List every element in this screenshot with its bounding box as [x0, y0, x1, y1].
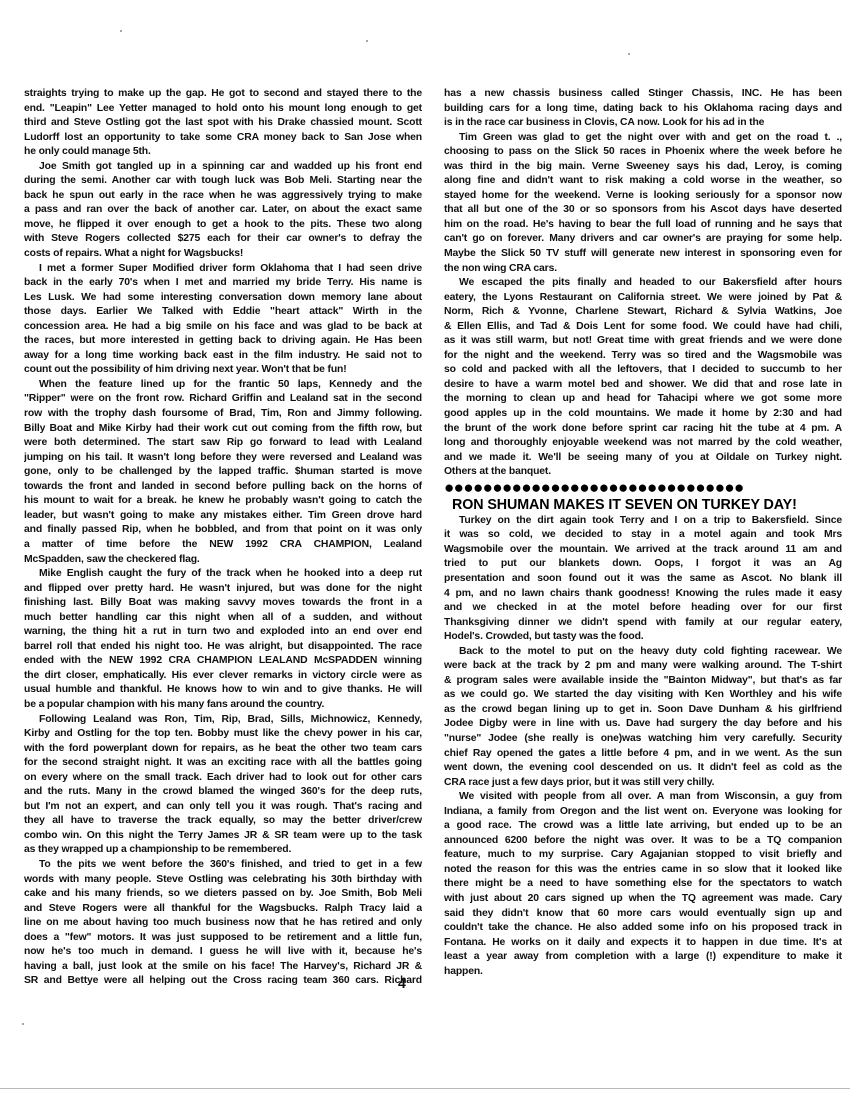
text-line: that all but one of the 30 or so sponsor…	[444, 203, 842, 218]
text-line: barrel roll that ended his night too. He…	[24, 640, 422, 655]
text-line: building cars for a long time, dating ba…	[444, 102, 842, 117]
text-line: warning, the thing hit a rut in turn two…	[24, 625, 422, 640]
text-line: costs of repairs. What a night for Wagsb…	[24, 247, 422, 262]
text-line: away for a long time working back east i…	[24, 349, 422, 364]
text-line: and flipped over pretty hard. He wasn't …	[24, 582, 422, 597]
text-line: Back to the motel to put on the heavy du…	[444, 645, 842, 660]
text-line: ended with the NEW 1992 CRA CHAMPION LEA…	[24, 654, 422, 669]
text-line: We escaped the pits finally and headed t…	[444, 276, 842, 291]
text-line: his mount to wait for a break. he knew h…	[24, 494, 422, 509]
text-line: Tim Green was glad to get the night over…	[444, 131, 842, 146]
text-line: towards the front and landed in second b…	[24, 480, 422, 495]
text-line: the brunt of the work done before sprint…	[444, 422, 842, 437]
text-line: with the ford powerplant down for repair…	[24, 742, 422, 757]
article-headline: RON SHUMAN MAKES IT SEVEN ON TURKEY DAY!	[444, 496, 842, 514]
text-line: as the crowd began lining up to get in. …	[444, 703, 842, 718]
right-column-article-body: Turkey on the dirt again took Terry and …	[444, 514, 842, 980]
text-line: they all have to traverse the track equa…	[24, 814, 422, 829]
text-line: good apples up in the cold mountains. We…	[444, 407, 842, 422]
text-line: concession area. He had a big smile on h…	[24, 320, 422, 335]
text-line: on every where on the small track. Each …	[24, 771, 422, 786]
text-line: as it was still warm, but not! Great tim…	[444, 334, 842, 349]
text-line: choosing to pass on the Slick 50 races i…	[444, 145, 842, 160]
text-line: and the ruts. Many in the crowd blamed t…	[24, 785, 422, 800]
text-line: Norm, Rich & Yvonne, Charlene Stewart, R…	[444, 305, 842, 320]
text-line: usual humble and thankful. He knows how …	[24, 683, 422, 698]
newsletter-page: straights trying to make up the gap. He …	[0, 0, 850, 1100]
scan-speck	[22, 1023, 24, 1025]
text-line: were back at the track by 2 pm and many …	[444, 659, 842, 674]
text-line: and we made it. We'll be seeing many of …	[444, 451, 842, 466]
text-line: move, he flipped it over enough to get a…	[24, 218, 422, 233]
text-line: Indiana, a family from Oregon and the li…	[444, 805, 842, 820]
text-line: announced 6200 before the night was over…	[444, 834, 842, 849]
text-line: "Ripper" were on the front row. Richard …	[24, 392, 422, 407]
text-line: feature, much to my surprise. Cary Agaja…	[444, 848, 842, 863]
text-line: row with the trophy dash foursome of Bra…	[24, 407, 422, 422]
text-line: SR and Bettye were all helping out the C…	[24, 974, 422, 989]
text-line: third and Steve Ostling got the last spo…	[24, 116, 422, 131]
text-line: count out the possibility of him driving…	[24, 363, 422, 378]
text-line: along fine and didn't want to risk makin…	[444, 174, 842, 189]
text-line: straights trying to make up the gap. He …	[24, 87, 422, 102]
text-line: Joe Smith got tangled up in a spinning c…	[24, 160, 422, 175]
text-line: Turkey on the dirt again took Terry and …	[444, 514, 842, 529]
text-line: words with many people. Steve Ostling wa…	[24, 873, 422, 888]
text-line: a matter of time before the NEW 1992 CRA…	[24, 538, 422, 553]
text-line: and finally passed Rip, when he bobbled,…	[24, 523, 422, 538]
text-line: Mike English caught the fury of the trac…	[24, 567, 422, 582]
right-column: has a new chassis business called Stinge…	[444, 87, 842, 979]
text-line: as we could go. We started the day visit…	[444, 688, 842, 703]
text-line: a good race. The crowd was a little late…	[444, 819, 842, 834]
text-line: back he spun out early in the race when …	[24, 189, 422, 204]
text-line: said they didn't know that 60 more cars …	[444, 907, 842, 922]
text-line: combo win. On this night the Terry James…	[24, 829, 422, 844]
text-line: now he's too much in demand. I guess he …	[24, 945, 422, 960]
text-line: but I'm not an expert, and can only tell…	[24, 800, 422, 815]
text-line: We visited with people from all over. A …	[444, 790, 842, 805]
text-line: and we checked in at the motel before he…	[444, 601, 842, 616]
text-line: the non wing CRA cars.	[444, 262, 842, 277]
text-line: Jodee Digby were in line with us. Dave h…	[444, 717, 842, 732]
text-line: Ludorff lost an opportunity to take some…	[24, 131, 422, 146]
text-line: eatery, the Lyons Restaurant on Californ…	[444, 291, 842, 306]
bullet-divider: ●●●●●●●●●●●●●●●●●●●●●●●●●●●●●●●	[444, 480, 842, 496]
text-line: he only could manage 5th.	[24, 145, 422, 160]
left-column: straights trying to make up the gap. He …	[24, 87, 422, 989]
text-line: the races, but more interested in gettin…	[24, 334, 422, 349]
text-line: McSpadden, saw the checkered flag.	[24, 553, 422, 568]
text-line: went down, the evening cool descended on…	[444, 761, 842, 776]
text-line: end. "Leapin" Lee Yetter managed to hold…	[24, 102, 422, 117]
text-line: & program sales were available inside th…	[444, 674, 842, 689]
text-line: long and thoroughly enjoyable weekend wa…	[444, 436, 842, 451]
text-line: stayed home for the weekend. Verne is lo…	[444, 189, 842, 204]
text-line: be a popular champion with his many fans…	[24, 698, 422, 713]
scan-speck	[628, 53, 630, 55]
text-line: happen.	[444, 965, 842, 980]
scan-speck	[120, 30, 122, 32]
text-line: I met a former Super Modified driver for…	[24, 262, 422, 277]
text-line: for the night and the weekend. Terry was…	[444, 349, 842, 364]
text-line: those days. Earlier We Talked with Eddie…	[24, 305, 422, 320]
text-line: was third in the big main. Verne Sweeney…	[444, 160, 842, 175]
page-number: 4	[398, 975, 406, 991]
text-line: so cold and packed with all the leftover…	[444, 363, 842, 378]
text-line: tried to put our blankets down. Oops, I …	[444, 557, 842, 572]
text-line: line on me about having too much busines…	[24, 916, 422, 931]
text-line: CRA race just a few days prior, but it w…	[444, 776, 842, 791]
text-line: cake and his many friends, so we dieters…	[24, 887, 422, 902]
text-line: back in the early 70's when I met and ma…	[24, 276, 422, 291]
text-line: jumping on his tail. It wasn't long befo…	[24, 451, 422, 466]
text-line: 4 pm, and no lawn chairs thank goodness!…	[444, 587, 842, 602]
text-line: with just about 20 cars signed up when t…	[444, 892, 842, 907]
text-line: chief Ray opened the gates a little befo…	[444, 747, 842, 762]
text-line: least a year away from completion with a…	[444, 950, 842, 965]
text-line: with Steve Rogers collected $275 each fo…	[24, 232, 422, 247]
text-line: Les Lusk. We had some interesting conver…	[24, 291, 422, 306]
text-line: presentation and soon found out it was t…	[444, 572, 842, 587]
right-column-article-continued: has a new chassis business called Stinge…	[444, 87, 842, 480]
text-line: much better handling car this night when…	[24, 611, 422, 626]
text-line: as they wrapped up a championship to be …	[24, 843, 422, 858]
text-line: is in the race car business in Clovis, C…	[444, 116, 842, 131]
text-line: Wagsmobile over the mountain. We arrived…	[444, 543, 842, 558]
text-line: Billy Boat and Mike Kirby had their work…	[24, 422, 422, 437]
text-line: noted the reason for this was the entrie…	[444, 863, 842, 878]
text-line: the dirt closer, emphatically. His ever …	[24, 669, 422, 684]
text-line: Maybe the Slick 50 TV stuff will generat…	[444, 247, 842, 262]
text-line: Kirby and Ostling for the top ten. Bobby…	[24, 727, 422, 742]
text-line: there might be a need to have something …	[444, 877, 842, 892]
text-line: To the pits we went before the 360's fin…	[24, 858, 422, 873]
text-line: When the feature lined up for the franti…	[24, 378, 422, 393]
text-line: for the second straight night. It was an…	[24, 756, 422, 771]
text-line: it was so cold, we decided to stay in a …	[444, 528, 842, 543]
text-line: gone, only to be challenged by the lappe…	[24, 465, 422, 480]
text-line: does a "few" motors. It was just suppose…	[24, 931, 422, 946]
text-line: leader, but wasn't going to make any mis…	[24, 509, 422, 524]
text-line: Thanksgiving dinner we didn't spend with…	[444, 616, 842, 631]
text-line: were both determined. The start saw Rip …	[24, 436, 422, 451]
text-line: has a new chassis business called Stinge…	[444, 87, 842, 102]
text-line: during the semi. Another car with tough …	[24, 174, 422, 189]
text-line: him on the road. He's having to bear the…	[444, 218, 842, 233]
text-line: & Ellen Ellis, and Tad & Dois Lent for s…	[444, 320, 842, 335]
scan-speck	[366, 40, 368, 42]
text-line: "nurse" Jodee (she really is one)was wat…	[444, 732, 842, 747]
text-line: desire to have a warm motel bed and show…	[444, 378, 842, 393]
text-line: can't go on forever. Many drivers and ca…	[444, 232, 842, 247]
text-line: a pass and ran over the back of another …	[24, 203, 422, 218]
text-line: Following Lealand was Ron, Tim, Rip, Bra…	[24, 713, 422, 728]
text-line: having a ball, just look at the smile on…	[24, 960, 422, 975]
text-line: couldn't take the chance. He also added …	[444, 921, 842, 936]
scan-edge-line	[0, 1088, 850, 1089]
text-line: the morning to clean up and head for Tah…	[444, 392, 842, 407]
text-line: Hodel's. Crowded, but tasty was the food…	[444, 630, 842, 645]
text-line: finishing last. Billy Boat was making sa…	[24, 596, 422, 611]
text-line: Fontana. He works on it daily and expect…	[444, 936, 842, 951]
text-line: and Steve Rogers were all thankful for t…	[24, 902, 422, 917]
